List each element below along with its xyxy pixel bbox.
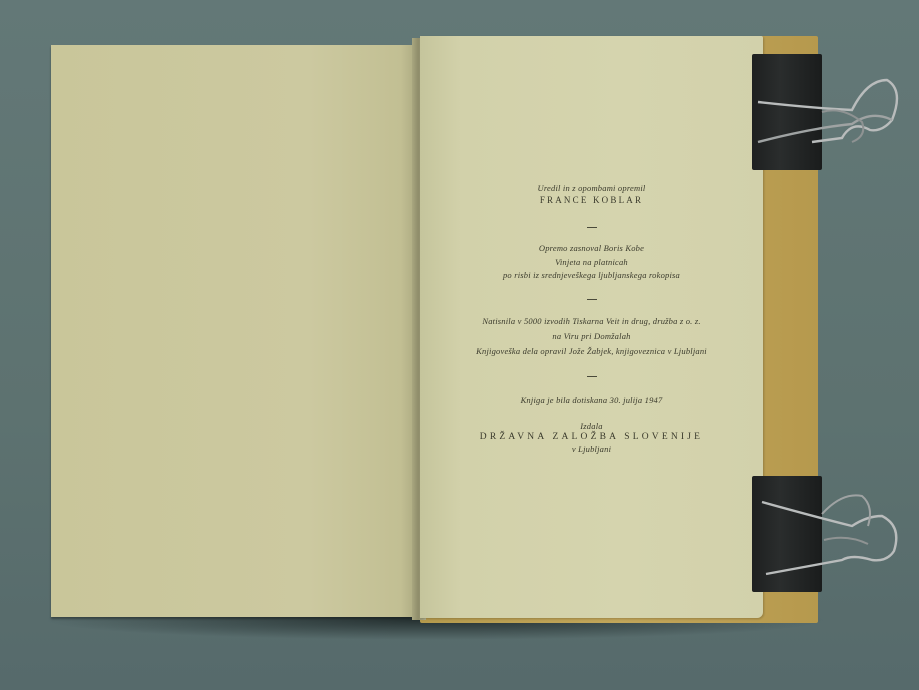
binder-clip-bottom bbox=[752, 476, 902, 596]
binder-clip-top bbox=[752, 50, 902, 170]
binding-line: Knjigoveška dela opravil Jože Žabjek, kn… bbox=[420, 345, 763, 358]
publisher-place: v Ljubljani bbox=[420, 443, 763, 456]
printed-date: Knjiga je bila dotiskana 30. julija 1947 bbox=[420, 394, 763, 407]
clip-wire-icon bbox=[752, 50, 902, 170]
vignette-source: po risbi iz srednjeveškega ljubljanskega… bbox=[420, 269, 763, 282]
clip-wire-icon bbox=[752, 476, 902, 596]
print-place: na Viru pri Domžalah bbox=[420, 330, 763, 343]
vignette-line: Vinjeta na platnicah bbox=[420, 256, 763, 269]
separator-dash bbox=[587, 227, 597, 228]
left-page-blank bbox=[51, 45, 419, 617]
print-line: Natisnila v 5000 izvodih Tiskarna Veit i… bbox=[420, 315, 763, 328]
editor-name: FRANCE KOBLAR bbox=[420, 194, 763, 207]
design-line: Opremo zasnoval Boris Kobe bbox=[420, 242, 763, 255]
separator-dash bbox=[587, 376, 597, 377]
colophon-text: Uredil in z opombami opremil FRANCE KOBL… bbox=[420, 0, 763, 690]
separator-dash bbox=[587, 299, 597, 300]
